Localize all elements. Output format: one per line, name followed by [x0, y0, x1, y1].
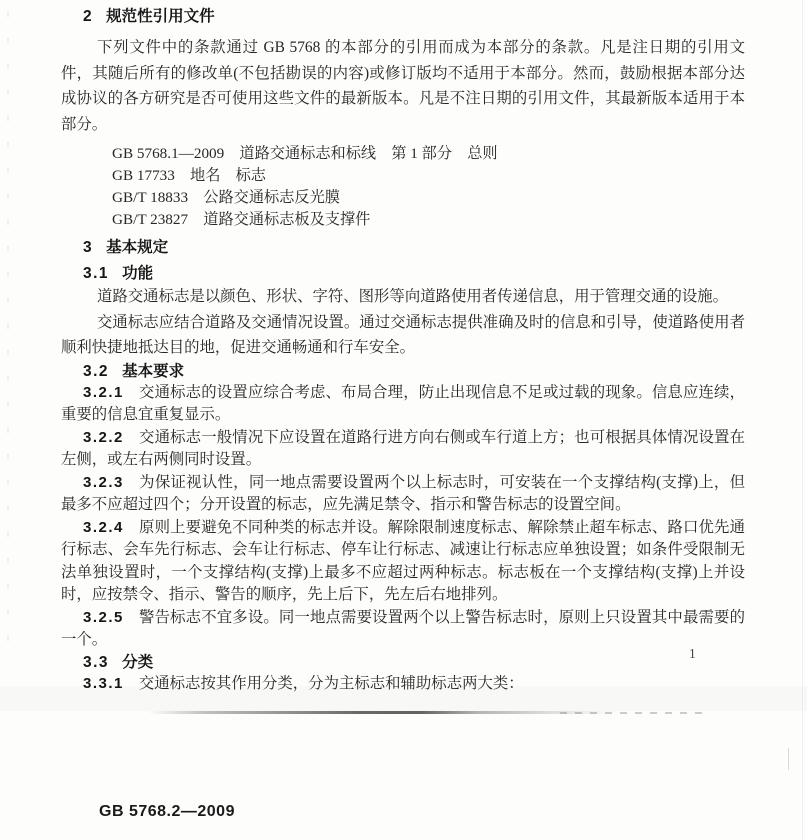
page-crease-line [148, 711, 618, 714]
clause-text: 警告标志不宜多设。同一地点需要设置两个以上警告标志时，原则上只设置其中最需要的一… [61, 609, 745, 649]
clause-number: 3.2.1 [83, 384, 124, 401]
clause-number: 3.2.3 [83, 474, 124, 491]
scan-edge-artifact-left [7, 12, 9, 652]
section-heading-references: 2规范性引用文件 [61, 6, 745, 27]
page-gutter [0, 686, 807, 711]
section-number: 3 [83, 239, 93, 256]
clause-number: 3.2.2 [83, 429, 124, 446]
reference-list: GB 5768.1—2009 道路交通标志和标线 第 1 部分 总则 GB 17… [112, 143, 745, 231]
scan-artifact-right [788, 748, 789, 770]
subsection-heading-function: 3.1功能 [61, 263, 745, 284]
clause-paragraph: 3.2.3为保证视认性，同一地点需要设置两个以上标志时，可安装在一个支撑结构(支… [61, 472, 745, 517]
subsection-title: 分类 [122, 654, 153, 671]
section-title: 基本规定 [106, 239, 168, 256]
paragraph: 道路交通标志是以颜色、形状、字符、图形等向道路使用者传递信息，用于管理交通的设施… [61, 284, 745, 310]
section-number: 2 [83, 8, 93, 25]
section-heading-basic-rules: 3基本规定 [61, 237, 745, 258]
clause-text: 为保证视认性，同一地点需要设置两个以上标志时，可安装在一个支撑结构(支撑)上，但… [61, 474, 745, 514]
reference-item: GB 5768.1—2009 道路交通标志和标线 第 1 部分 总则 [112, 143, 745, 165]
clause-paragraph: 3.2.5警告标志不宜多设。同一地点需要设置两个以上警告标志时，原则上只设置其中… [61, 607, 745, 652]
subsection-number: 3.3 [83, 654, 109, 671]
reference-item: GB 17733 地名 标志 [112, 165, 745, 187]
clause-paragraph: 3.2.2交通标志一般情况下应设置在道路行进方向右侧或车行道上方；也可根据具体情… [61, 427, 745, 472]
intro-paragraph: 下列文件中的条款通过 GB 5768 的本部分的引用而成为本部分的条款。凡是注日… [61, 35, 745, 137]
scanned-document-page: 2规范性引用文件 下列文件中的条款通过 GB 5768 的本部分的引用而成为本部… [0, 0, 807, 840]
page-content: 2规范性引用文件 下列文件中的条款通过 GB 5768 的本部分的引用而成为本部… [61, 0, 745, 695]
next-page-standard-code: GB 5768.2—2009 [99, 803, 235, 821]
reference-item: GB/T 18833 公路交通标志反光膜 [112, 187, 745, 209]
reference-item: GB/T 23827 道路交通标志板及支撑件 [112, 209, 745, 231]
subsection-number: 3.2 [83, 363, 109, 380]
paragraph: 交通标志应结合道路及交通情况设置。通过交通标志提供准确及时的信息和引导，使道路使… [61, 310, 745, 361]
page-edge-line [802, 0, 803, 840]
clause-number: 3.2.4 [83, 519, 124, 536]
clause-number: 3.2.5 [83, 609, 124, 626]
page-crease-dashes [560, 712, 710, 714]
clause-text: 交通标志的设置应综合考虑、布局合理，防止出现信息不足或过载的现象。信息应连续，重… [61, 384, 745, 424]
subsection-title: 基本要求 [122, 363, 184, 380]
subsection-title: 功能 [122, 265, 153, 282]
subsection-heading-basic-requirements: 3.2基本要求 [61, 361, 745, 382]
subsection-number: 3.1 [83, 265, 109, 282]
clause-paragraph: 3.2.1交通标志的设置应综合考虑、布局合理，防止出现信息不足或过载的现象。信息… [61, 382, 745, 427]
section-title: 规范性引用文件 [106, 8, 215, 25]
page-number: 1 [689, 646, 696, 662]
clause-text: 交通标志一般情况下应设置在道路行进方向右侧或车行道上方；也可根据具体情况设置在左… [61, 429, 745, 469]
clause-paragraph: 3.2.4原则上要避免不同种类的标志并设。解除限制速度标志、解除禁止超车标志、路… [61, 517, 745, 607]
clause-text: 原则上要避免不同种类的标志并设。解除限制速度标志、解除禁止超车标志、路口优先通行… [61, 519, 745, 604]
subsection-heading-classification: 3.3分类 [61, 652, 745, 673]
